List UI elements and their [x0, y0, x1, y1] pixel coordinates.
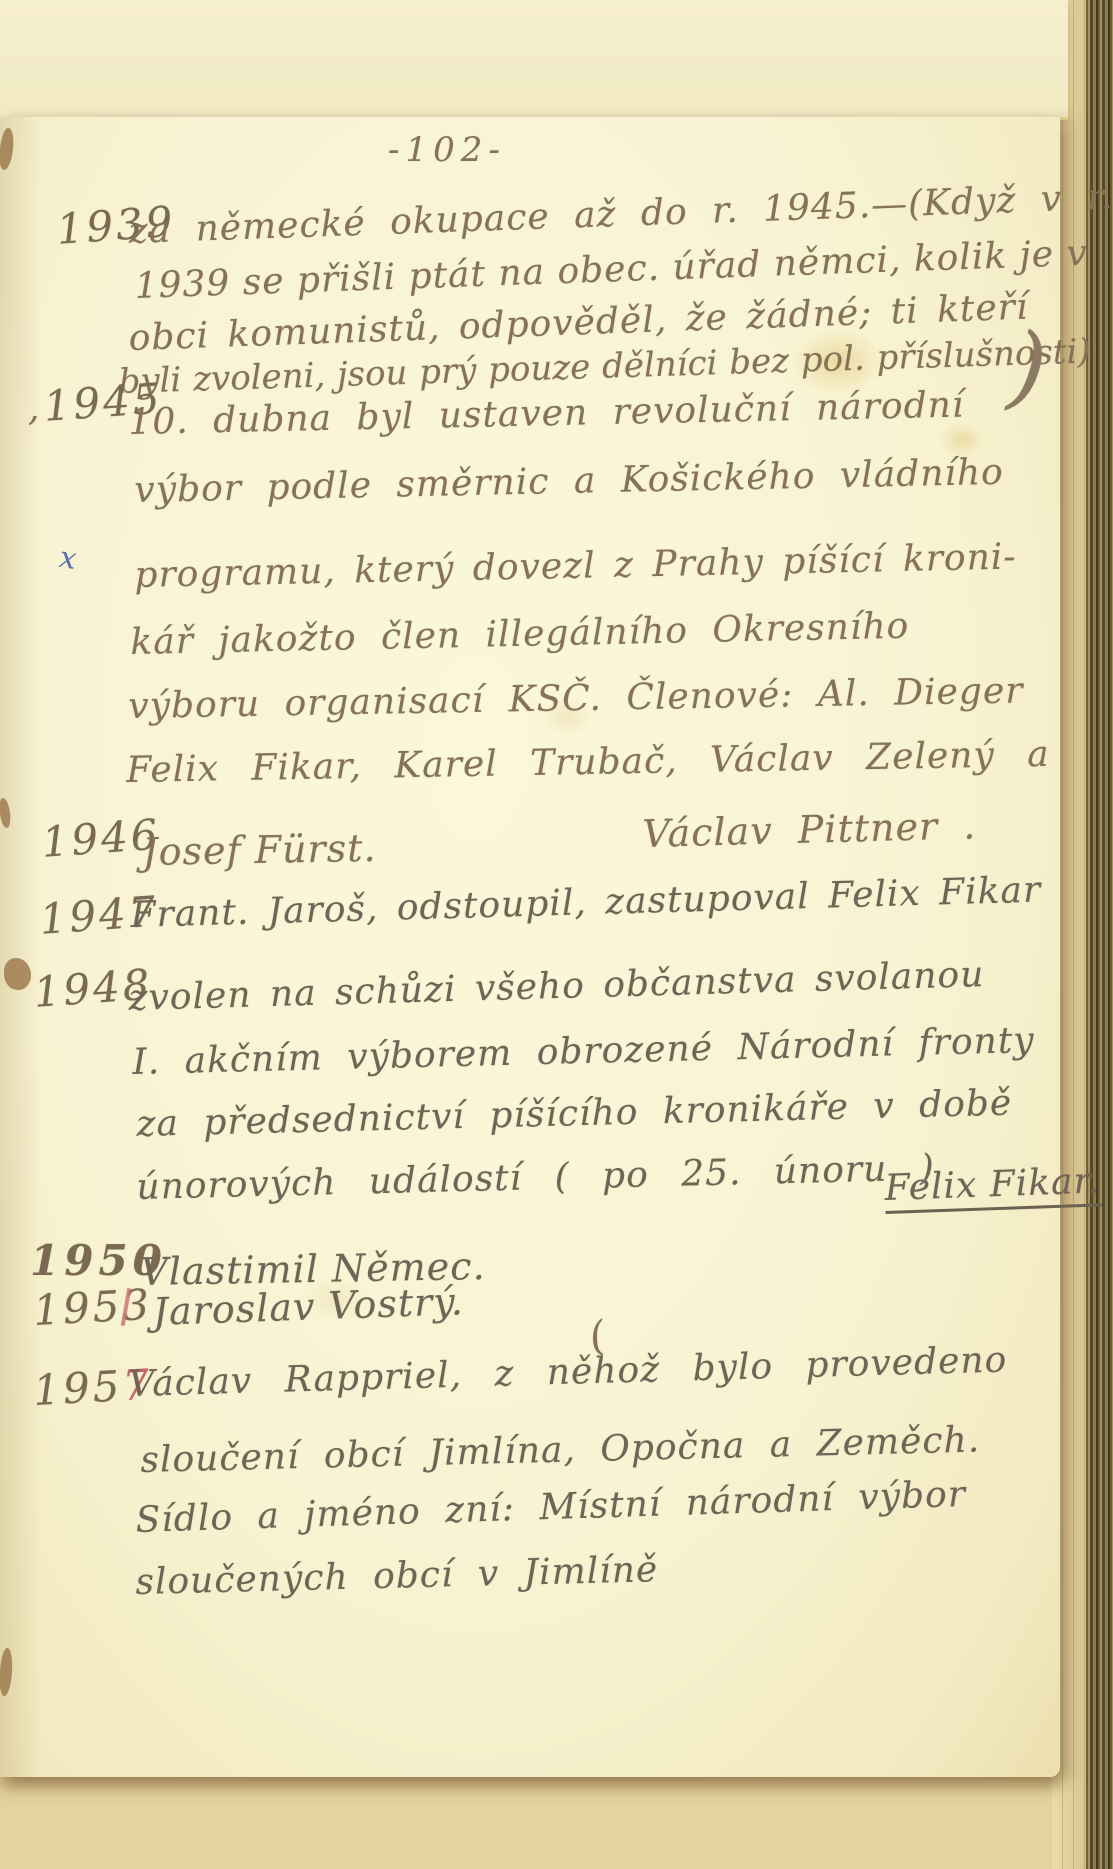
book-fore-edge	[1086, 0, 1113, 1869]
entry-line-right: Václav Pittner .	[642, 803, 977, 856]
chronicle-page-scan: -102- 1939 za německé okupace až do r. 1…	[0, 0, 1113, 1869]
entry-line: Josef Fürst.	[142, 826, 377, 874]
year-digits: 195	[32, 1361, 124, 1415]
year-label-1953: 1953	[32, 1280, 153, 1335]
page-number: -102-	[388, 130, 506, 170]
underlined-name: Felix Fikar.	[884, 1160, 1101, 1213]
previous-page-edge	[0, 0, 1068, 120]
torn-paper-speck	[4, 958, 31, 990]
comma-mark: ,	[28, 388, 40, 429]
